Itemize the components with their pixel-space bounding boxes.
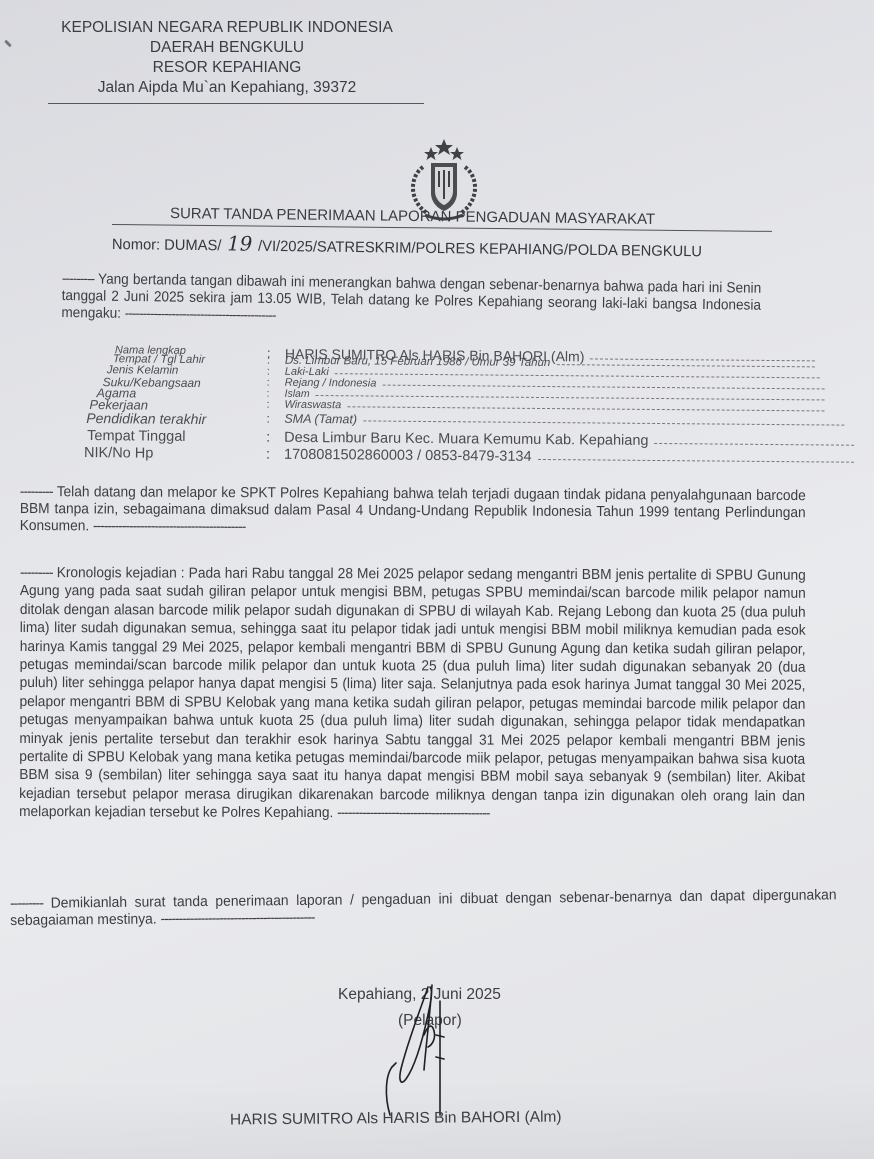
letterhead: KEPOLISIAN NEGARA REPUBLIK INDONESIA DAE…: [32, 18, 422, 98]
identity-value: SMA (Tamat): [284, 412, 357, 427]
intro-paragraph: --------- Yang bertanda tangan dibawah i…: [61, 271, 761, 332]
report-paragraph: --------- Telah datang dan melapor ke SP…: [20, 484, 806, 540]
chronology-text: Kronologis kejadian : Pada hari Rabu tan…: [19, 565, 806, 821]
fill-line: [363, 421, 844, 426]
identity-separator: :: [266, 430, 270, 446]
identity-separator: :: [266, 412, 270, 426]
closing-text: Demikianlah surat tanda penerimaan lapor…: [10, 887, 836, 929]
fill-line: [654, 443, 854, 446]
identity-label: Pendidikan terakhir: [86, 410, 206, 427]
chronology-paragraph: --------- Kronologis kejadian : Pada har…: [19, 564, 806, 824]
closing-paragraph: --------- Demikianlah surat tanda peneri…: [10, 887, 837, 930]
document-number-handwritten: 19: [227, 231, 252, 255]
pen-mark: [4, 40, 12, 48]
document-number-suffix: /VI/2025/SATRESKRIM/POLRES KEPAHIANG/POL…: [258, 238, 702, 260]
handwritten-signature: [370, 975, 465, 1125]
identity-value: Desa Limbur Baru Kec. Muara Kemumu Kab. …: [284, 430, 648, 449]
identity-value: Wiraswasta: [284, 399, 341, 411]
identity-separator: :: [266, 447, 270, 463]
fill-line: [347, 406, 824, 411]
identity-label: Tempat Tinggal: [87, 428, 185, 445]
letterhead-resort: RESOR KEPAHIANG: [32, 58, 422, 78]
identity-label: NIK/No Hp: [84, 445, 153, 462]
letterhead-institution: KEPOLISIAN NEGARA REPUBLIK INDONESIA: [32, 18, 422, 38]
fill-line: [557, 364, 815, 367]
identity-separator: :: [266, 399, 269, 411]
letterhead-divider: [48, 103, 424, 104]
signature-name: HARIS SUMITRO Als HARIS Bin BAHORI (Alm): [230, 1109, 562, 1130]
fill-line: [538, 459, 854, 463]
document-number: Nomor: DUMAS/19/VI/2025/SATRESKRIM/POLRE…: [112, 230, 702, 261]
identity-value: 1708081502860003 / 0853-8479-3134: [284, 447, 532, 465]
letterhead-address: Jalan Aipda Mu`an Kepahiang, 39372: [32, 78, 422, 98]
document-number-prefix: Nomor: DUMAS/: [112, 236, 222, 254]
letterhead-region: DAERAH BENGKULU: [32, 38, 422, 58]
